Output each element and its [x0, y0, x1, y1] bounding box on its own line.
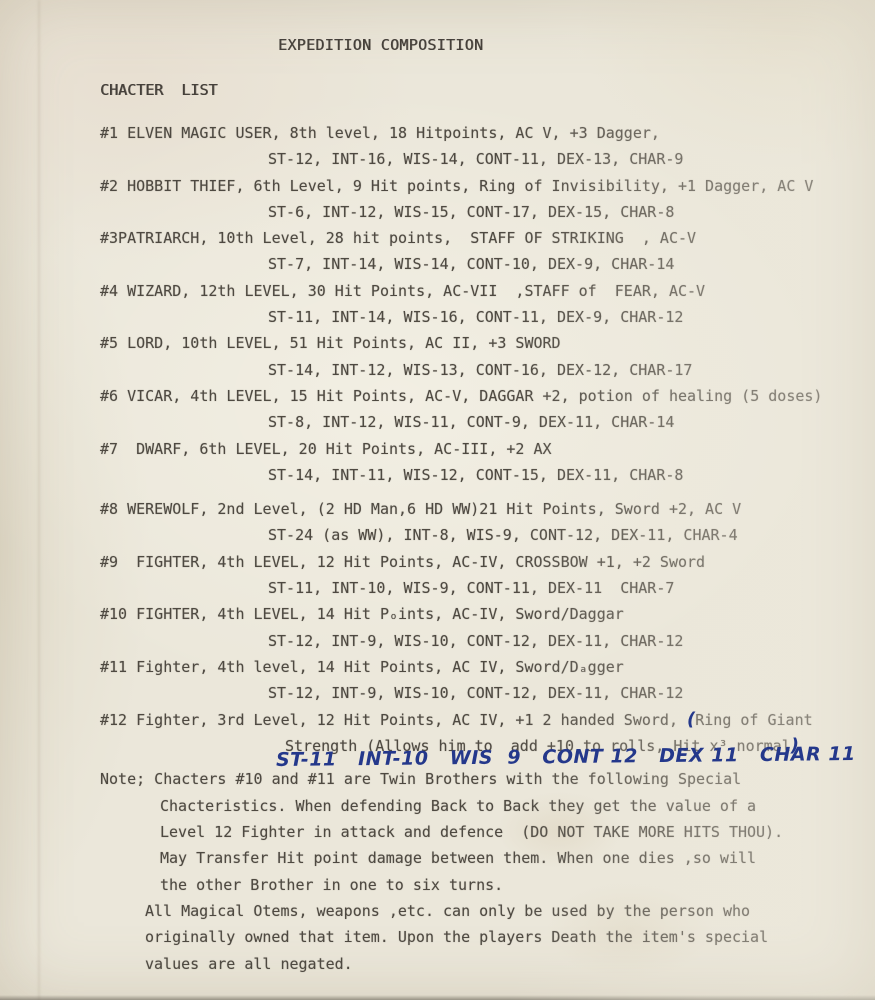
character-entry-12-text-after-paren: Ring of Giant: [695, 711, 812, 729]
character-entry-4: #4 WIZARD, 12th LEVEL, 30 Hit Points, AC…: [100, 278, 863, 304]
note-line-3: Level 12 Fighter in attack and defence (…: [100, 819, 863, 845]
note-line-4: May Transfer Hit point damage between th…: [100, 845, 863, 871]
character-entry-3: #3PATRIARCH, 10th Level, 28 hit points, …: [100, 225, 863, 251]
character-entry-8: #8 WEREWOLF, 2nd Level, (2 HD Man,6 HD W…: [100, 496, 863, 522]
character-stats-2: ST-6, INT-12, WIS-15, CONT-17, DEX-15, C…: [100, 199, 863, 225]
character-entry-12-text: #12 Fighter, 3rd Level, 12 Hit Points, A…: [100, 711, 687, 729]
character-stats-1: ST-12, INT-16, WIS-14, CONT-11, DEX-13, …: [100, 146, 863, 172]
character-stats-11: ST-12, INT-9, WIS-10, CONT-12, DEX-11, C…: [100, 680, 863, 706]
paper-crease: [38, 0, 40, 1000]
notes-block: Note; Chacters #10 and #11 are Twin Brot…: [100, 766, 863, 977]
character-entry-9: #9 FIGHTER, 4th LEVEL, 12 Hit Points, AC…: [100, 549, 863, 575]
character-stats-7: ST-14, INT-11, WIS-12, CONT-15, DEX-11, …: [100, 462, 863, 488]
character-entry-1: #1 ELVEN MAGIC USER, 8th level, 18 Hitpo…: [100, 120, 863, 146]
character-entry-5: #5 LORD, 10th LEVEL, 51 Hit Points, AC I…: [100, 330, 863, 356]
character-entry-7: #7 DWARF, 6th LEVEL, 20 Hit Points, AC-I…: [100, 436, 863, 462]
note-line-5: the other Brother in one to six turns.: [100, 872, 863, 898]
note-line-8: values are all negated.: [100, 951, 863, 977]
scanned-typewritten-page: EXPEDITION COMPOSITION CHACTER LIST #1 E…: [0, 0, 875, 1000]
character-entry-11: #11 Fighter, 4th level, 14 Hit Points, A…: [100, 654, 863, 680]
character-entry-10: #10 FIGHTER, 4th LEVEL, 14 Hit Pₒints, A…: [100, 601, 863, 627]
note-line-2: Chacteristics. When defending Back to Ba…: [100, 793, 863, 819]
character-entry-6: #6 VICAR, 4th LEVEL, 15 Hit Points, AC-V…: [100, 383, 863, 409]
note-line-1: Note; Chacters #10 and #11 are Twin Brot…: [100, 766, 863, 792]
handwritten-open-paren: (: [687, 709, 695, 730]
character-stats-4: ST-11, INT-14, WIS-16, CONT-11, DEX-9, C…: [100, 304, 863, 330]
note-line-6: All Magical Otems, weapons ,etc. can onl…: [100, 898, 863, 924]
note-line-7: originally owned that item. Upon the pla…: [100, 924, 863, 950]
character-stats-5: ST-14, INT-12, WIS-13, CONT-16, DEX-12, …: [100, 357, 863, 383]
page-title: EXPEDITION COMPOSITION: [278, 36, 483, 54]
character-entry-2: #2 HOBBIT THIEF, 6th Level, 9 Hit points…: [100, 173, 863, 199]
character-list: #1 ELVEN MAGIC USER, 8th level, 18 Hitpo…: [100, 120, 863, 977]
character-stats-8: ST-24 (as WW), INT-8, WIS-9, CONT-12, DE…: [100, 522, 863, 548]
character-stats-9: ST-11, INT-10, WIS-9, CONT-11, DEX-11 CH…: [100, 575, 863, 601]
character-stats-6: ST-8, INT-12, WIS-11, CONT-9, DEX-11, CH…: [100, 409, 863, 435]
character-stats-10: ST-12, INT-9, WIS-10, CONT-12, DEX-11, C…: [100, 628, 863, 654]
character-list-heading: CHACTER LIST: [100, 81, 217, 99]
character-entry-12: #12 Fighter, 3rd Level, 12 Hit Points, A…: [100, 707, 863, 733]
character-stats-3: ST-7, INT-14, WIS-14, CONT-10, DEX-9, CH…: [100, 251, 863, 277]
